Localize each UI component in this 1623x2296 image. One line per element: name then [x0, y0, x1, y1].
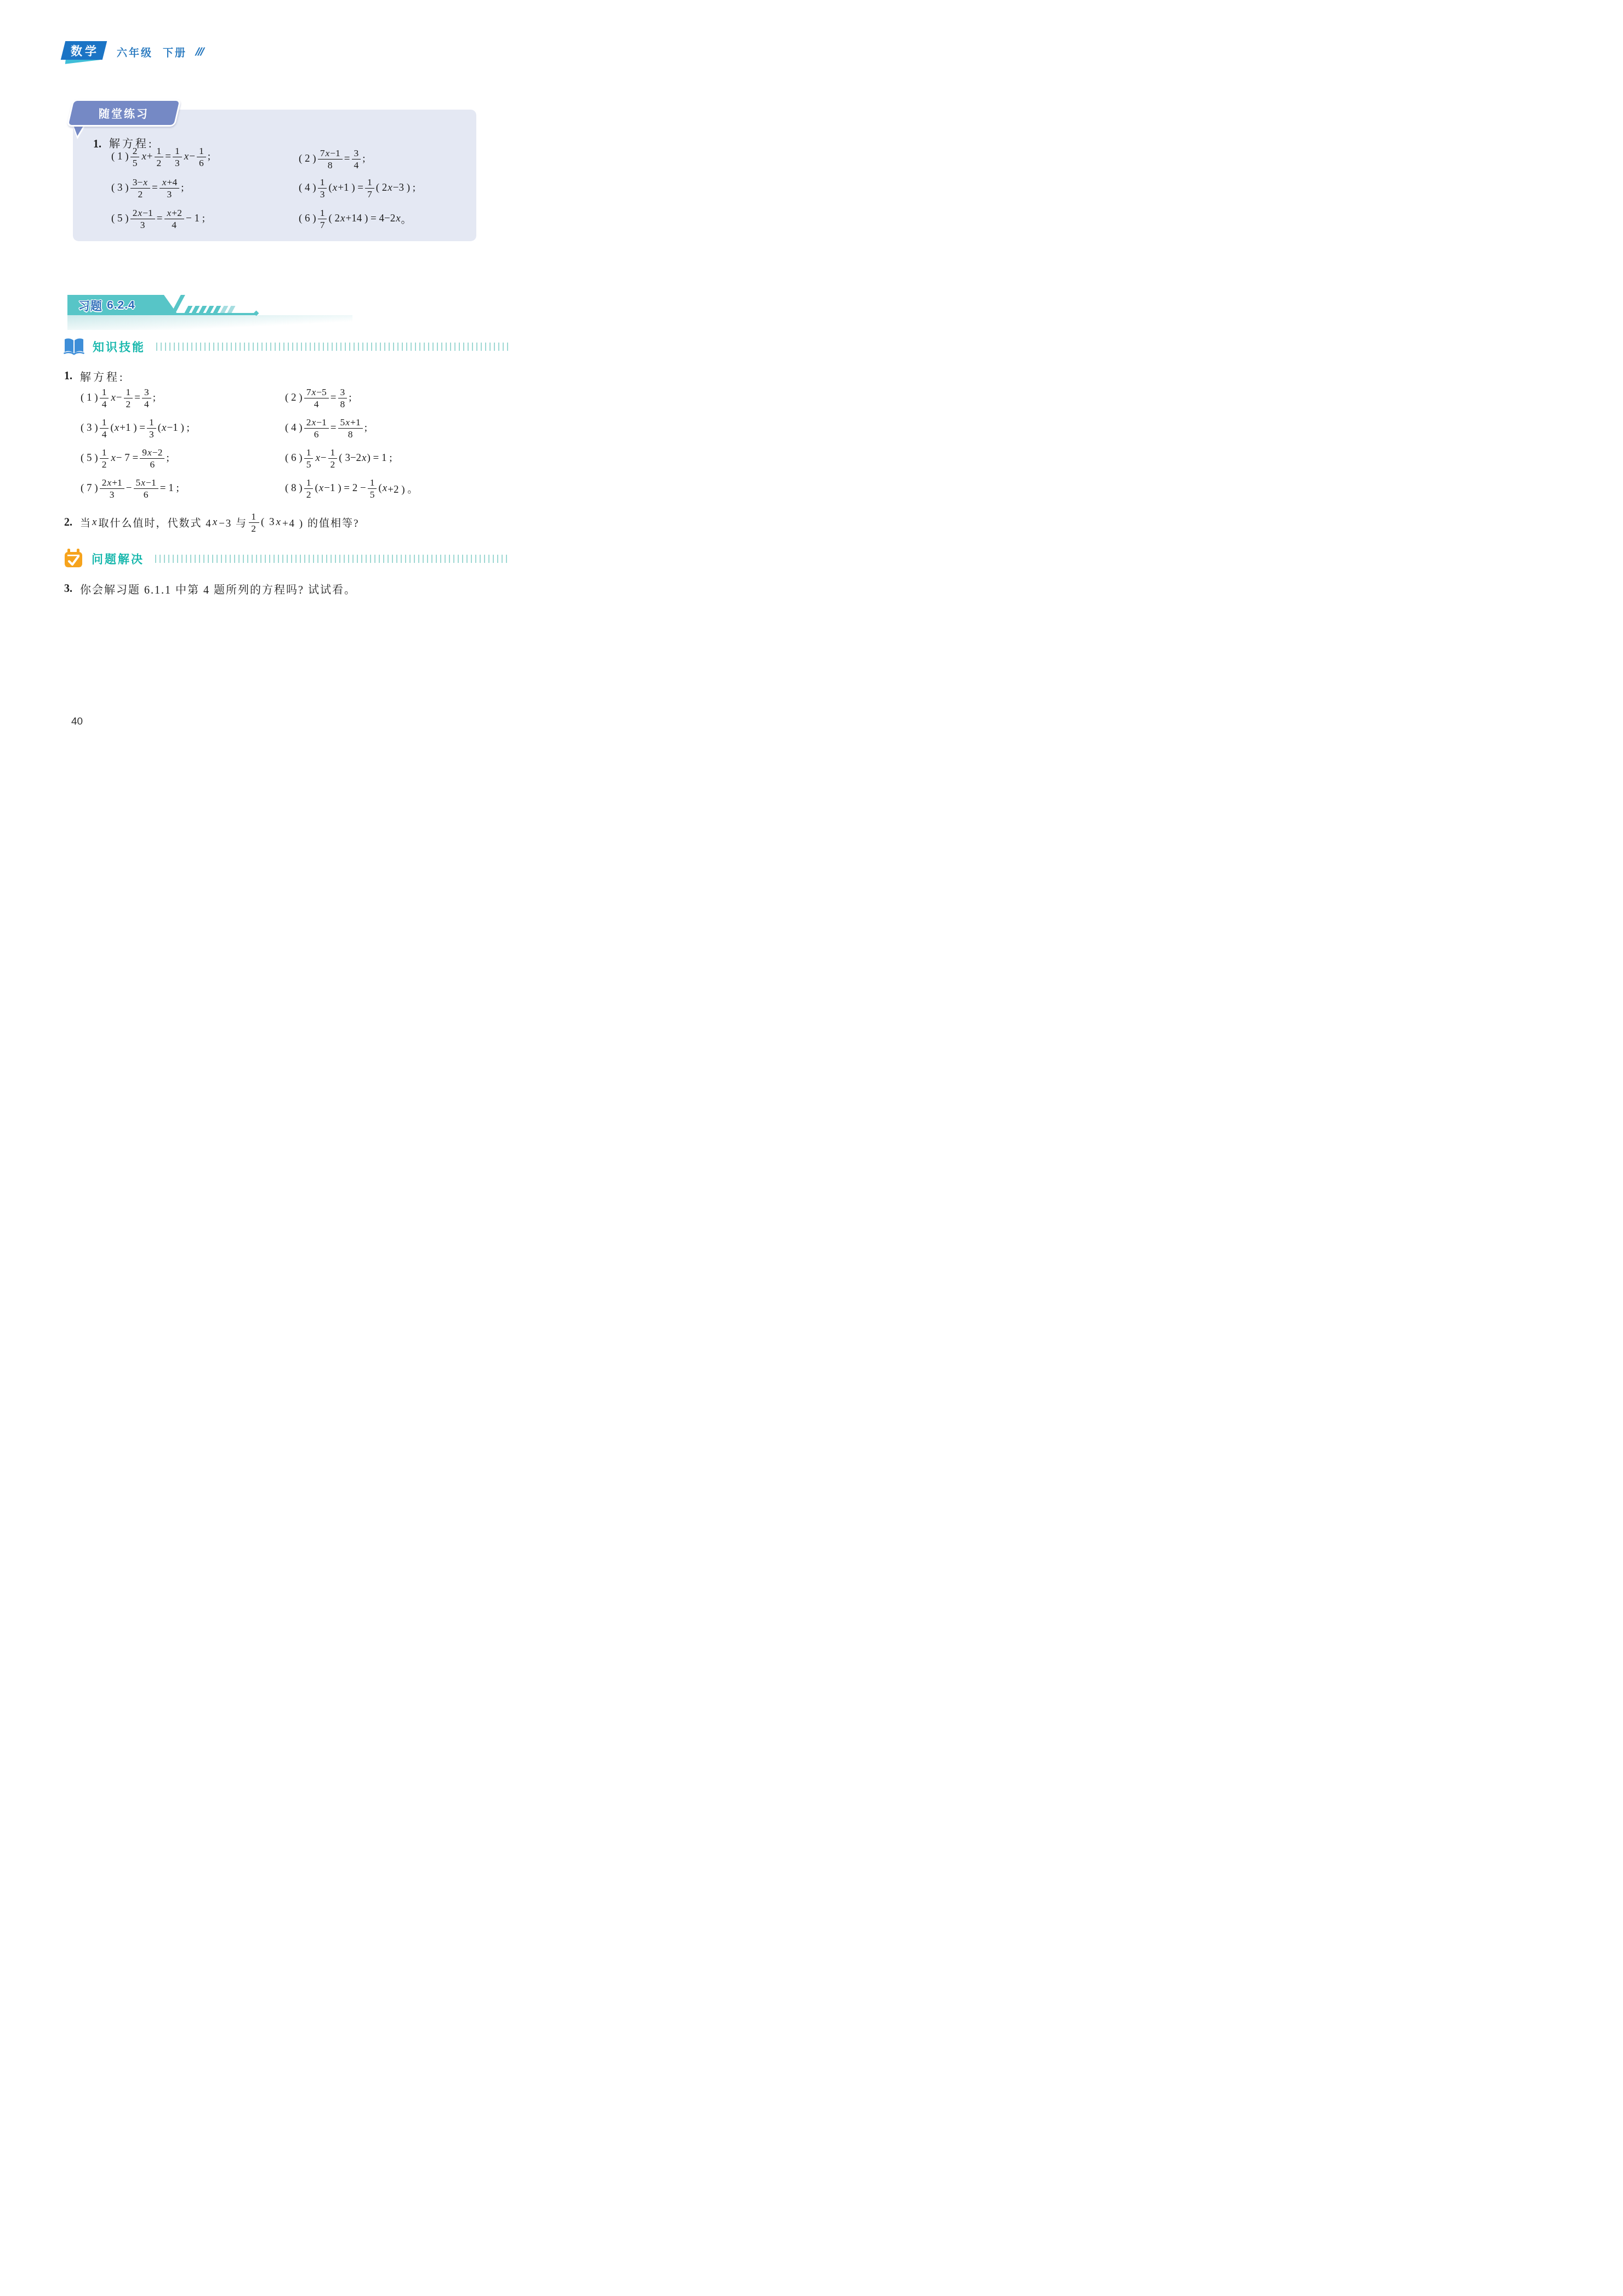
- problem-3-statement: 你会解习题 6.1.1 中第 4 题所列的方程吗? 试试看。: [80, 581, 356, 597]
- equation-inclass-4: ( 4 ) 13( x+1 ) = 17( 2x−3 ) ;: [299, 177, 415, 200]
- equation-inclass-5: ( 5 ) 2x−13 = x+24 − 1 ;: [111, 208, 205, 230]
- equation-inclass-2: ( 2 ) 7x−18 = 34 ;: [299, 148, 366, 170]
- problem-solving-section-label: 问题解决: [92, 550, 144, 567]
- equation-exercise-6: ( 6 ) 15x − 12( 3−2x ) = 1 ;: [285, 447, 392, 470]
- problem-number: 2.: [64, 516, 72, 529]
- exercise-title-prefix: 习题: [78, 297, 102, 314]
- page-number: 40: [71, 716, 83, 728]
- equation-exercise-2: ( 2 ) 7x−54 = 38 ;: [285, 387, 352, 409]
- equation-inclass-6: ( 6 ) 17( 2x+14 ) = 4−2x。: [299, 208, 412, 230]
- textbook-page: 数学 六年级 下册 /// 随堂练习 1.解方程: ( 1 ) 25x + 12…: [0, 0, 541, 765]
- knowledge-section-label: 知识技能: [93, 338, 145, 355]
- equation-exercise-7: ( 7 ) 2x+13 − 5x−16 = 1 ;: [81, 477, 179, 500]
- knowledge-section-header: 知识技能: [63, 338, 511, 355]
- problem-solving-section-header: 问题解决: [63, 548, 510, 569]
- subject-logo: 数学: [62, 40, 107, 64]
- banner-underline: [174, 313, 257, 315]
- equation-exercise-1: ( 1 ) 14x − 12 = 34 ;: [81, 387, 156, 409]
- subject-label: 数学: [69, 42, 99, 59]
- exercise-title-number: 6.2.4: [107, 299, 135, 312]
- exercise-problem-2: 2. 当 x 取什么值时，代数式 4x−3 与 12( 3x+4 ) 的值相等?: [64, 511, 359, 534]
- banner-dashes: [186, 306, 234, 313]
- problem-2-statement: 当 x 取什么值时，代数式 4x−3 与 12( 3x+4 ) 的值相等?: [80, 511, 359, 534]
- logo-plate: 数学: [61, 41, 107, 60]
- grade-label: 六年级: [117, 45, 153, 60]
- tick-divider: [155, 555, 510, 563]
- equation-inclass-3: ( 3 ) 3−x2 = x+43 ;: [111, 177, 184, 200]
- problem-label: 解方程:: [80, 368, 125, 384]
- page-header: 数学 六年级 下册 ///: [62, 40, 203, 64]
- inclass-practice-box: 随堂练习 1.解方程: ( 1 ) 25x + 12 = 13x − 16 ; …: [73, 110, 476, 241]
- inclass-practice-badge: 随堂练习: [66, 99, 181, 127]
- problem-number: 3.: [64, 583, 72, 595]
- checklist-icon: [63, 548, 84, 569]
- exercise-problem-1-heading: 1.解方程:: [64, 368, 125, 384]
- problem-number: 1.: [64, 370, 72, 383]
- tick-divider: [156, 343, 511, 351]
- open-book-icon: [63, 338, 85, 355]
- exercise-banner: 习题 6.2.4: [67, 295, 178, 315]
- banner-gradient-band: [67, 315, 352, 330]
- volume-label: 下册: [163, 45, 187, 60]
- banner-stripe: [170, 295, 185, 315]
- equation-exercise-8: ( 8 ) 12( x−1 ) = 2 − 15( x+2 ) 。: [285, 477, 418, 500]
- equation-exercise-5: ( 5 ) 12x − 7 = 9x−26 ;: [81, 447, 169, 470]
- equation-exercise-4: ( 4 ) 2x−16 = 5x+18 ;: [285, 417, 367, 440]
- header-slashes-icon: ///: [193, 46, 205, 59]
- exercise-problem-3: 3. 你会解习题 6.1.1 中第 4 题所列的方程吗? 试试看。: [64, 581, 356, 597]
- problem-number: 1.: [93, 138, 101, 150]
- equation-exercise-3: ( 3 ) 14( x+1 ) = 13( x−1 ) ;: [81, 417, 190, 440]
- inclass-practice-badge-label: 随堂练习: [99, 105, 149, 121]
- equation-inclass-1: ( 1 ) 25x + 12 = 13x − 16 ;: [111, 146, 210, 168]
